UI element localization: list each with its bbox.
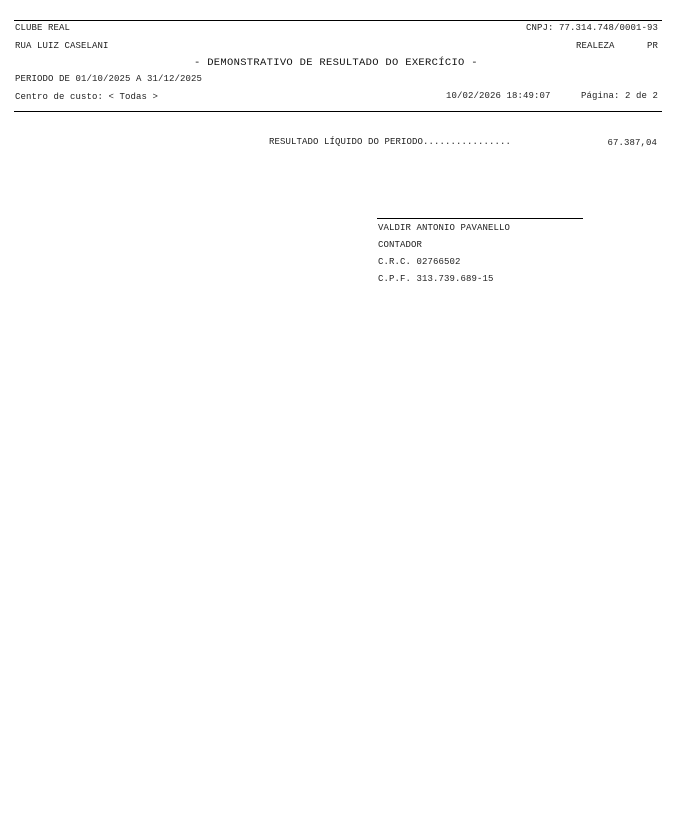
report-title: - DEMONSTRATIVO DE RESULTADO DO EXERCÍCI… (194, 58, 478, 69)
net-result-label: RESULTADO LÍQUIDO DO PERIODO............… (269, 137, 511, 148)
company-city: REALEZA (576, 41, 615, 52)
signer-crc: C.R.C. 02766502 (378, 257, 461, 268)
company-address: RUA LUIZ CASELANI (15, 41, 109, 52)
company-name: CLUBE REAL (15, 23, 70, 34)
company-state: PR (647, 41, 658, 52)
page-number: Página: 2 de 2 (581, 91, 658, 102)
signer-cpf: C.P.F. 313.739.689-15 (378, 274, 494, 285)
company-cnpj: CNPJ: 77.314.748/0001-93 (526, 23, 658, 34)
signer-role: CONTADOR (378, 240, 422, 251)
generated-timestamp: 10/02/2026 18:49:07 (446, 91, 551, 102)
cost-center: Centro de custo: < Todas > (15, 92, 158, 103)
net-result-value: 67.387,04 (607, 138, 657, 149)
report-period: PERIODO DE 01/10/2025 A 31/12/2025 (15, 74, 202, 85)
header-bottom-rule (14, 111, 662, 112)
signer-name: VALDIR ANTONIO PAVANELLO (378, 223, 510, 234)
signature-line (377, 218, 583, 219)
header-top-rule (14, 20, 662, 21)
